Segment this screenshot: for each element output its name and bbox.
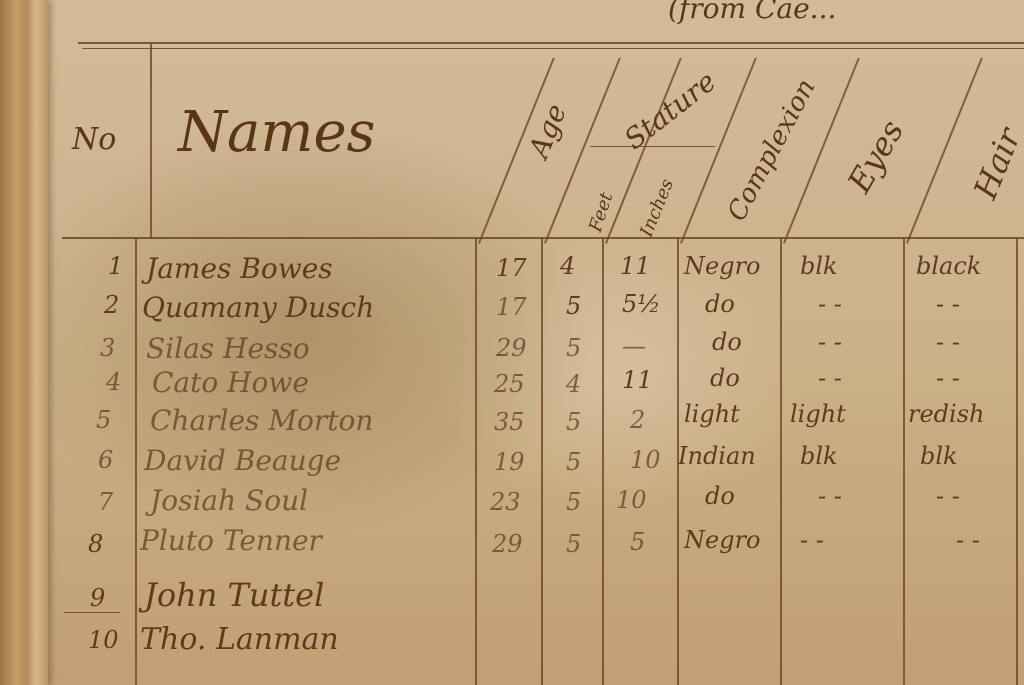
row-name: Silas Hesso — [146, 332, 310, 365]
row-number: 5 — [96, 406, 111, 434]
row-inches: 5½ — [622, 290, 661, 318]
row-feet: 5 — [566, 334, 581, 362]
row-age: 23 — [490, 488, 521, 516]
header-age: Age — [522, 99, 573, 162]
row-hair: redish — [908, 400, 985, 428]
row-age: 17 — [496, 293, 527, 321]
row-complexion: Indian — [678, 442, 756, 470]
row-number: 2 — [104, 291, 119, 319]
row-number: 9 — [90, 584, 105, 612]
col-divider-feet — [602, 238, 604, 685]
row-inches: — — [622, 332, 646, 360]
col-divider-eyes — [903, 238, 905, 685]
row-eyes: - - — [818, 482, 842, 510]
row-hair: - - — [936, 364, 960, 392]
row-name: Charles Morton — [150, 404, 373, 437]
row-age: 29 — [496, 334, 527, 362]
row-eyes: blk — [800, 442, 838, 470]
row-name: James Bowes — [146, 252, 333, 285]
row-feet: 5 — [566, 488, 581, 516]
row-name: Quamany Dusch — [142, 291, 374, 324]
col-divider-no — [150, 43, 152, 238]
row-eyes: light — [790, 400, 846, 428]
row-name: Cato Howe — [152, 366, 309, 399]
row-inches: 5 — [630, 528, 645, 556]
row-age: 35 — [494, 408, 525, 436]
row-name: Pluto Tenner — [140, 524, 322, 557]
row-number: 8 — [88, 530, 103, 558]
row-number: 6 — [98, 446, 113, 474]
row-name: Josiah Soul — [150, 484, 308, 517]
row-number: 7 — [98, 488, 113, 516]
row-feet: 4 — [560, 252, 575, 280]
row-hair: blk — [920, 442, 958, 470]
row-complexion: do — [705, 482, 735, 510]
row-complexion: do — [712, 328, 742, 356]
row-number: 10 — [88, 626, 119, 654]
row-inches: 11 — [622, 366, 653, 394]
row-number: 3 — [100, 334, 115, 362]
row-name: Tho. Lanman — [140, 622, 339, 657]
row-inches: 10 — [616, 486, 647, 514]
header-inches: Inches — [636, 176, 678, 240]
row-complexion: Negro — [684, 526, 761, 554]
book-spine-edge — [0, 0, 48, 685]
row-complexion: do — [705, 290, 735, 318]
row-eyes: - - — [818, 364, 842, 392]
top-fragment-text: (from Cae... — [668, 0, 836, 25]
header-no: No — [72, 122, 116, 157]
row-age: 29 — [492, 530, 523, 558]
row-eyes: - - — [818, 290, 842, 318]
row-eyes: - - — [800, 526, 824, 554]
col-divider-no-lower — [135, 238, 137, 685]
ledger-page-photo: (from Cae... No Names Age Stature Feet I… — [0, 0, 1024, 685]
header-slant-6 — [906, 58, 983, 244]
row-number: 1 — [108, 252, 123, 280]
row-name: David Beauge — [144, 444, 341, 477]
header-eyes: Eyes — [840, 113, 911, 199]
col-divider-complexion — [780, 238, 782, 685]
col-divider-hair — [1016, 238, 1018, 685]
header-top-rule-2 — [82, 48, 1024, 49]
row-feet: 5 — [566, 530, 581, 558]
header-bottom-rule — [62, 237, 1024, 239]
header-hair: Hair — [966, 123, 1024, 204]
row-hair: - - — [936, 328, 960, 356]
row-name: John Tuttel — [144, 576, 324, 614]
row-feet: 4 — [566, 370, 581, 398]
row-9-mark — [64, 612, 120, 613]
row-inches: 11 — [620, 252, 651, 280]
row-hair: - - — [956, 526, 980, 554]
header-stature: Stature — [618, 65, 722, 156]
col-divider-names — [475, 238, 477, 685]
header-top-rule — [78, 42, 1024, 44]
row-age: 19 — [494, 448, 525, 476]
row-age: 25 — [494, 370, 525, 398]
row-inches: 2 — [630, 406, 645, 434]
row-eyes: - - — [818, 328, 842, 356]
row-feet: 5 — [566, 408, 581, 436]
row-complexion: light — [684, 400, 740, 428]
row-age: 17 — [496, 254, 527, 282]
row-eyes: blk — [800, 252, 838, 280]
row-complexion: Negro — [684, 252, 761, 280]
row-feet: 5 — [566, 448, 581, 476]
row-complexion: do — [710, 364, 740, 392]
row-hair: black — [916, 252, 981, 280]
row-inches: 10 — [630, 446, 661, 474]
stature-subrule — [590, 146, 715, 147]
col-divider-age — [541, 238, 543, 685]
row-feet: 5 — [566, 292, 581, 320]
row-number: 4 — [106, 368, 121, 396]
row-hair: - - — [936, 482, 960, 510]
row-hair: - - — [936, 290, 960, 318]
header-names: Names — [178, 100, 375, 165]
header-complexion: Complexion — [722, 74, 822, 226]
